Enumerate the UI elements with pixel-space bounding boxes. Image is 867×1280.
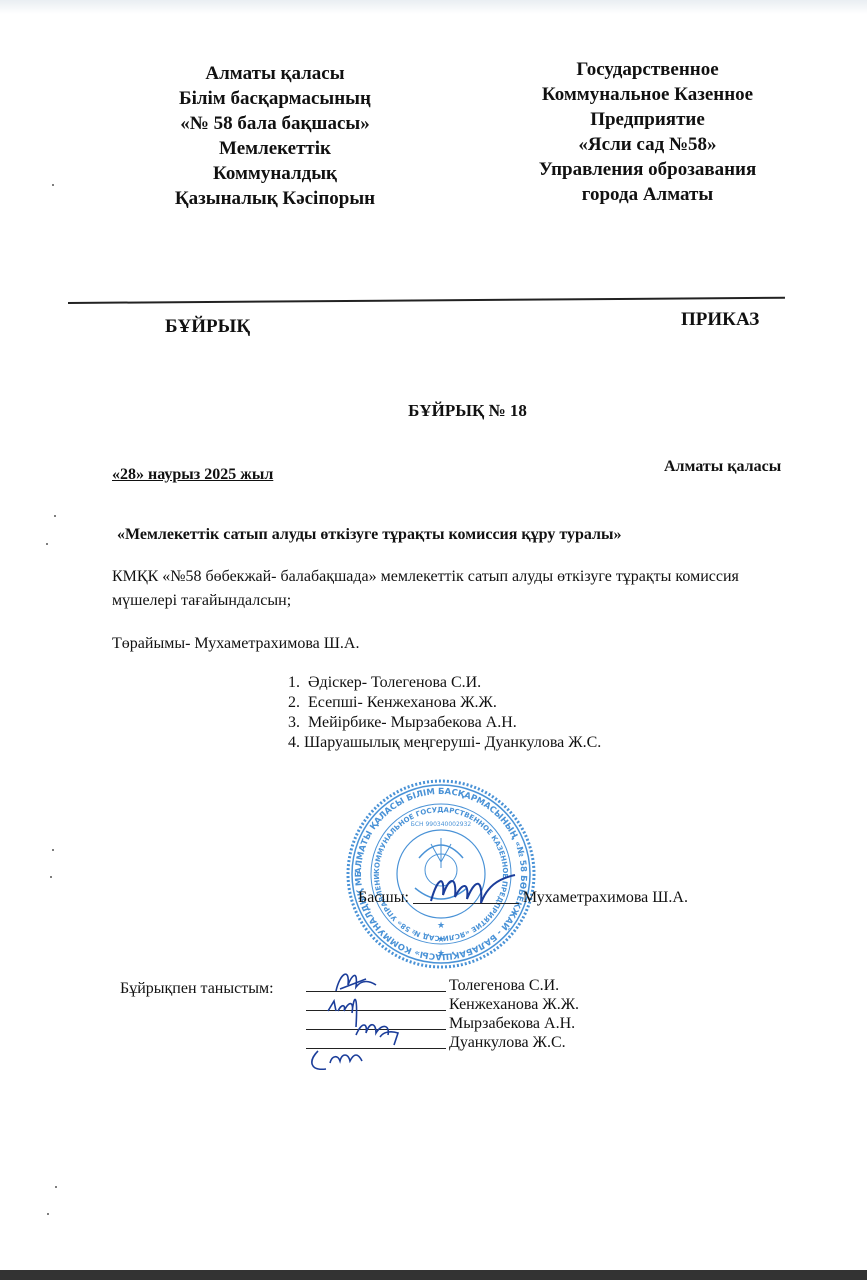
head-signature-name: Мухаметрахимова Ш.А. [523,889,688,907]
member-number: 1. [288,673,304,693]
header-left-line: Коммуналдық [110,161,440,186]
scan-speck [46,543,48,545]
svg-text:★: ★ [437,935,445,945]
list-item: 1. Әдіскер- Толегенова С.И. [288,673,601,693]
list-item: 3. Мейірбике- Мырзабекова А.Н. [288,713,601,733]
acknowledged-name: Кенжеханова Ж.Ж. [449,995,579,1014]
stamp-bin: БСН 990340002932 [411,821,472,828]
member-text: Мейірбике- Мырзабекова А.Н. [308,714,517,731]
acknowledged-name: Толегенова С.И. [449,976,559,995]
header-left-line: Қазыналық Кәсіпорын [110,186,440,211]
order-label-russian: ПРИКАЗ [681,309,759,331]
svg-text:★: ★ [437,949,445,959]
handwritten-signature-icon [423,869,523,909]
svg-text:★: ★ [437,921,445,931]
commission-chair: Төрайымы- Мухаметрахимова Ш.А. [112,635,359,653]
scan-speck [52,849,54,851]
header-left-line: Білім басқармасының [110,86,440,111]
order-city: Алматы қаласы [664,458,781,476]
header-left-line: «№ 58 бала бақшасы» [110,111,440,136]
header-right-line: Государственное [505,57,790,82]
member-number: 4. [288,733,304,753]
head-signature-row: Басшы: Мухаметрахимова Ш.А. [358,887,688,907]
scan-speck [50,876,52,878]
acknowledged-name: Мырзабекова А.Н. [449,1014,575,1033]
order-subject: «Мемлекеттік сатып алуды өткізуге тұрақт… [117,526,621,544]
head-signature-line [413,887,519,904]
acknowledgement-label: Бұйрықпен таныстым: [120,980,274,998]
header-left-line: Мемлекеттік [110,136,440,161]
header-left-line: Алматы қаласы [110,61,440,86]
viewer-bottom-bar [0,1270,867,1280]
member-number: 3. [288,713,304,733]
scan-speck [54,515,56,517]
handwritten-signatures-icon [300,965,450,1070]
header-right-line: города Алматы [505,182,790,207]
member-text: Есепші- Кенжеханова Ж.Ж. [308,694,497,711]
list-item: 2. Есепші- Кенжеханова Ж.Ж. [288,693,601,713]
header-divider [68,297,785,304]
header-right-line: «Ясли сад №58» [505,132,790,157]
order-body-paragraph: КМҚК «№58 бөбекжай- балабақшада» мемлеке… [112,565,792,613]
member-text: Шаруашылық меңгеруші- Дуанкулова Ж.С. [304,734,601,751]
header-right-line: Предприятие [505,107,790,132]
order-label-kazakh: БҰЙРЫҚ [165,316,250,338]
scan-top-shadow [0,0,867,14]
member-text: Әдіскер- Толегенова С.И. [308,674,481,691]
order-number-title: БҰЙРЫҚ № 18 [0,401,867,421]
commission-members-list: 1. Әдіскер- Толегенова С.И. 2. Есепші- К… [288,673,601,753]
list-item: 4.Шаруашылық меңгеруші- Дуанкулова Ж.С. [288,733,601,753]
header-right-line: Управления оброзавания [505,157,790,182]
header-russian-org: Государственное Коммунальное Казенное Пр… [505,57,790,207]
scan-speck [52,184,54,186]
header-right-line: Коммунальное Казенное [505,82,790,107]
scan-speck [47,1213,49,1215]
acknowledged-name: Дуанкулова Ж.С. [449,1033,566,1052]
head-signature-label: Басшы: [358,889,409,907]
header-kazakh-org: Алматы қаласы Білім басқармасының «№ 58 … [110,61,440,211]
order-date: «28» наурыз 2025 жыл [112,466,273,484]
scan-speck [55,1186,57,1188]
member-number: 2. [288,693,304,713]
